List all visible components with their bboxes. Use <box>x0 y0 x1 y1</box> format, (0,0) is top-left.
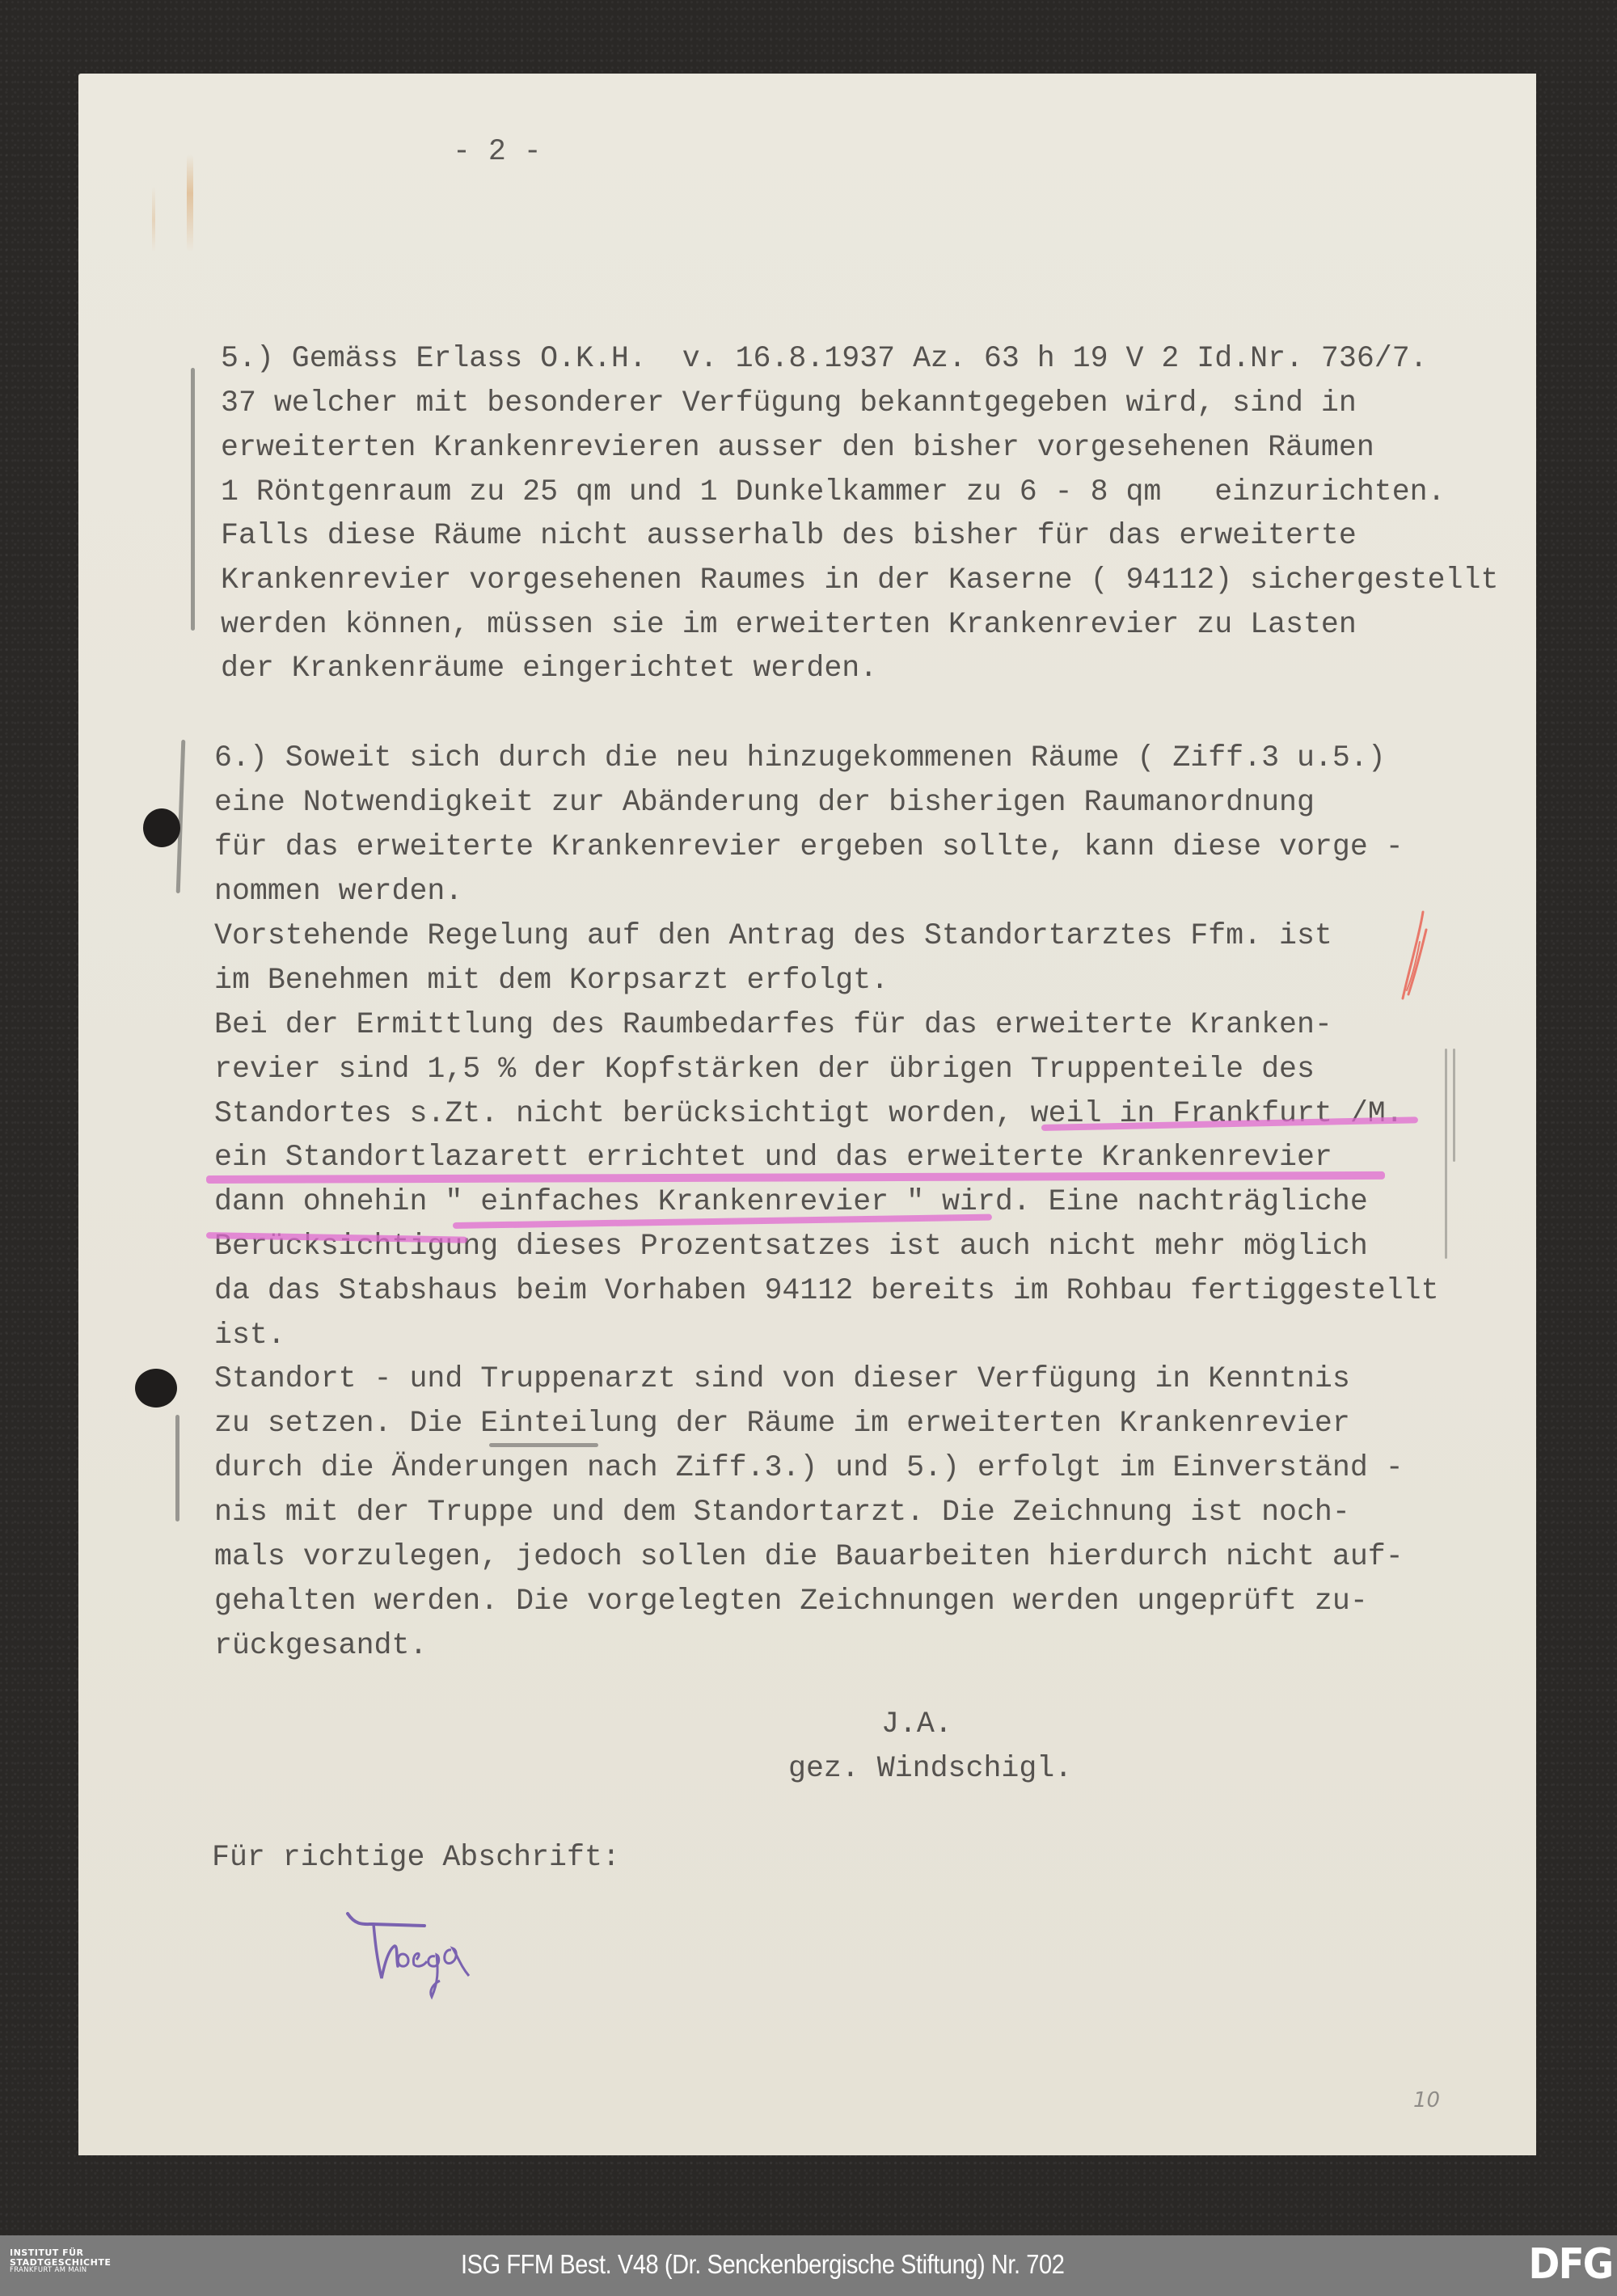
text-line: durch die Änderungen nach Ziff.3.) und 5… <box>214 1454 1404 1484</box>
text-line: 1 Röntgenraum zu 25 qm und 1 Dunkelkamme… <box>221 478 1446 508</box>
pencil-margin-mark <box>1453 1049 1455 1162</box>
text-line: der Krankenräume eingerichtet werden. <box>221 654 877 684</box>
archive-footer-bar: INSTITUT FÜR STADTGESCHICHTE FRANKFURT A… <box>0 2235 1617 2296</box>
text-line: im Benehmen mit dem Korpsarzt erfolgt. <box>214 966 889 996</box>
text-line: mals vorzulegen, jedoch sollen die Bauar… <box>214 1543 1404 1572</box>
text-line: zu setzen. Die Einteilung der Räume im e… <box>214 1409 1350 1439</box>
pencil-margin-mark <box>175 1415 179 1522</box>
text-line: ein Standortlazarett errichtet und das e… <box>214 1143 1332 1173</box>
text-line: dann ohnehin " einfaches Krankenrevier "… <box>214 1188 1368 1218</box>
text-line: revier sind 1,5 % der Kopfstärken der üb… <box>214 1055 1315 1085</box>
text-line: 37 welcher mit besonderer Verfügung beka… <box>221 389 1357 419</box>
page-number: - 2 - <box>453 137 542 167</box>
punch-hole-dot <box>135 1369 177 1408</box>
archive-signature-caption: ISG FFM Best. V48 (Dr. Senckenbergische … <box>461 2249 1064 2280</box>
text-line: ist. <box>214 1321 285 1351</box>
text-line: nommen werden. <box>214 877 462 907</box>
handwritten-signature <box>340 1910 526 2007</box>
archive-folio-number: 10 <box>1413 2088 1440 2112</box>
text-line: für das erweiterte Krankenrevier ergeben… <box>214 833 1404 863</box>
rust-stain <box>187 154 193 251</box>
dfg-logo: DFG <box>1528 2243 1612 2285</box>
text-line: erweiterten Krankenrevieren ausser den b… <box>221 433 1374 463</box>
red-pencil-mark <box>1399 910 1431 1002</box>
logo-line: FRANKFURT AM MAIN <box>10 2267 111 2274</box>
text-line: gehalten werden. Die vorgelegten Zeichnu… <box>214 1587 1368 1617</box>
text-line: da das Stabshaus beim Vorhaben 94112 ber… <box>214 1277 1439 1306</box>
pencil-margin-mark <box>191 368 195 631</box>
text-line: nis mit der Truppe und dem Standortarzt.… <box>214 1498 1350 1528</box>
text-line: Vorstehende Regelung auf den Antrag des … <box>214 922 1332 952</box>
isg-logo: INSTITUT FÜR STADTGESCHICHTE FRANKFURT A… <box>10 2248 111 2274</box>
certification-line: Für richtige Abschrift: <box>212 1843 620 1873</box>
text-line: Standort - und Truppenarzt sind von dies… <box>214 1365 1350 1395</box>
text-line: eine Notwendigkeit zur Abänderung der bi… <box>214 788 1315 818</box>
text-line: Bei der Ermittlung des Raumbedarfes für … <box>214 1011 1332 1040</box>
text-line: Falls diese Räume nicht ausserhalb des b… <box>221 521 1357 551</box>
ja-abbreviation: J.A. <box>881 1710 952 1740</box>
text-line: 5.) Gemäss Erlass O.K.H. v. 16.8.1937 Az… <box>221 344 1428 374</box>
pencil-margin-mark <box>1445 1049 1447 1259</box>
text-line: werden können, müssen sie im erweiterten… <box>221 610 1357 640</box>
pencil-underline <box>489 1443 598 1447</box>
text-line: 6.) Soweit sich durch die neu hinzugekom… <box>214 744 1386 774</box>
rust-stain <box>152 187 155 251</box>
punch-hole-dot <box>143 808 180 847</box>
logo-line: INSTITUT FÜR <box>10 2248 111 2258</box>
text-line: rückgesandt. <box>214 1631 427 1661</box>
text-line: Krankenrevier vorgesehenen Raumes in der… <box>221 566 1498 596</box>
signed-by: gez. Windschigl. <box>788 1754 1072 1784</box>
